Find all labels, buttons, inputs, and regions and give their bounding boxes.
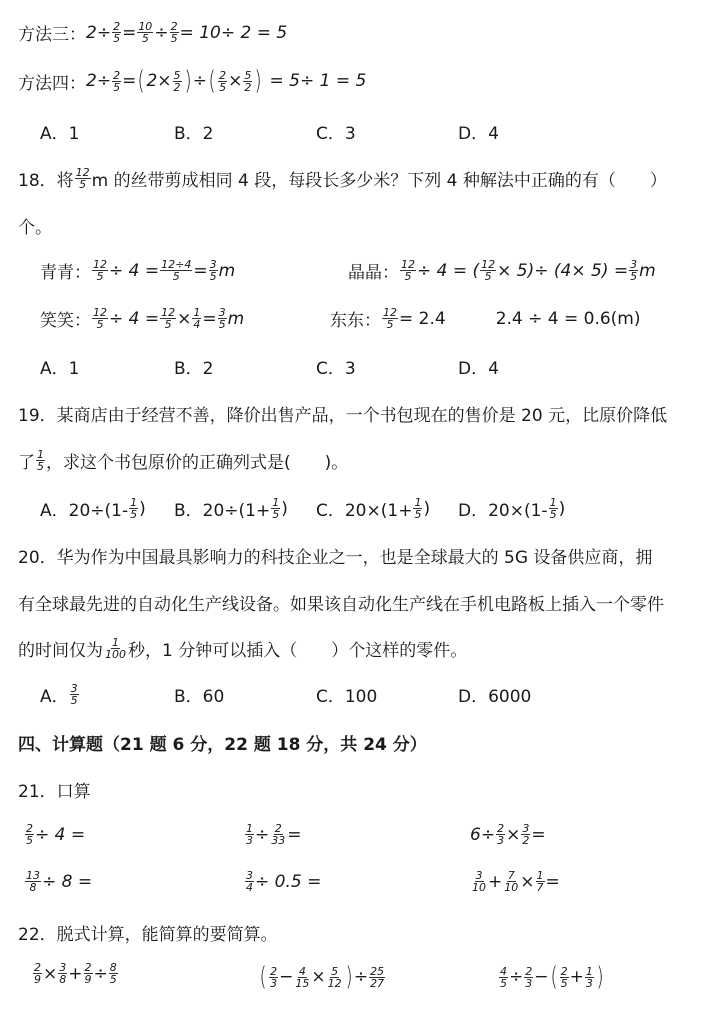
mental-calc-item: 6÷ 23 × 32 =	[470, 823, 546, 846]
fraction: 52	[173, 70, 182, 93]
dongdong-solution: 东东： 125 = 2.4 2.4 ÷ 4 = 0.6(m)	[330, 306, 641, 331]
q22-title: 22．脱式计算，能简算的要简算。	[18, 920, 278, 945]
mental-calc-item: 138 ÷ 8 =	[24, 870, 92, 893]
option-a[interactable]: A．20÷(1-15)	[40, 496, 146, 521]
q19-stem-cont: 了 15 ，求这个书包原价的正确列式是( )。	[18, 448, 348, 473]
fraction: 125	[75, 167, 91, 190]
option-c[interactable]: C．3	[316, 119, 356, 144]
option-d[interactable]: D．4	[458, 354, 499, 379]
mental-calc-item: 13 ÷ 233 =	[244, 823, 302, 846]
fraction: 25	[218, 70, 227, 93]
mental-calc-item: 25 ÷ 4 =	[24, 823, 85, 846]
fraction: 25	[112, 21, 121, 44]
fraction: 52	[243, 70, 252, 93]
step-calc-expr-1: 29 × 38 + 29 ÷ 85	[32, 962, 119, 985]
q18-stem-cont: 个。	[18, 213, 52, 238]
option-b[interactable]: B．60	[174, 682, 224, 707]
step-calc-expr-2: ( 23 − 415 × 512 ) ÷ 2527	[258, 962, 386, 992]
mental-calc-item: 310 + 710 × 17 =	[470, 870, 560, 893]
option-b[interactable]: B．2	[174, 354, 213, 379]
q20-stem-3: 的时间仅为 1100 秒，1 分钟可以插入（ ）个这样的零件。	[18, 636, 467, 661]
xiaoxiao-solution: 笑笑： 125 ÷ 4 = 125 × 14 = 35 m	[40, 306, 244, 331]
q18-stem: 18．将 125 m 的丝带剪成相同 4 段，每段长多少米？下列 4 种解法中正…	[18, 166, 667, 191]
option-c[interactable]: C．20×(1+15)	[316, 496, 430, 521]
option-b[interactable]: B．2	[174, 119, 213, 144]
option-d[interactable]: D．6000	[458, 682, 531, 707]
fraction: 25	[112, 70, 121, 93]
fraction: 105	[137, 21, 153, 44]
option-d[interactable]: D．4	[458, 119, 499, 144]
q19-stem: 19．某商店由于经营不善，降价出售产品，一个书包现在的售价是 20 元，比原价降…	[18, 401, 667, 426]
section-title: 四、计算题（21 题 6 分，22 题 18 分，共 24 分）	[18, 730, 427, 755]
method-four-label: 方法四：	[18, 69, 86, 94]
q20-stem: 20．华为作为中国最具影响力的科技企业之一，也是全球最大的 5G 设备供应商，拥	[18, 543, 652, 568]
method-four-line: 方法四： 2÷ 25 = ( 2× 52 ) ÷ ( 25 × 52 ) = 5…	[18, 66, 366, 96]
option-a[interactable]: A．1	[40, 119, 79, 144]
option-d[interactable]: D．20×(1-15)	[458, 496, 565, 521]
method-three-label: 方法三：	[18, 20, 86, 45]
mental-calc-item: 34 ÷ 0.5 =	[244, 870, 321, 893]
q20-stem-2: 有全球最先进的自动化生产线设备。如果该自动化生产线在手机电路板上插入一个零件	[18, 590, 664, 615]
fraction: 25	[170, 21, 179, 44]
jingjing-solution: 晶晶： 125 ÷ 4 = ( 125 × 5)÷ (4× 5) = 35 m	[348, 258, 656, 283]
method-three-line: 方法三： 2÷ 25 = 105 ÷ 25 = 10÷ 2 = 5	[18, 20, 287, 45]
option-b[interactable]: B．20÷(1+15)	[174, 496, 288, 521]
option-a[interactable]: A．1	[40, 354, 79, 379]
option-c[interactable]: C．3	[316, 354, 356, 379]
q21-title: 21．口算	[18, 777, 91, 802]
qingqing-solution: 青青： 125 ÷ 4 = 12÷45 = 35 m	[40, 258, 235, 283]
step-calc-expr-3: 45 ÷ 23 − ( 25 + 13 )	[498, 962, 605, 992]
option-c[interactable]: C．100	[316, 682, 377, 707]
option-a[interactable]: A．35	[40, 682, 80, 707]
